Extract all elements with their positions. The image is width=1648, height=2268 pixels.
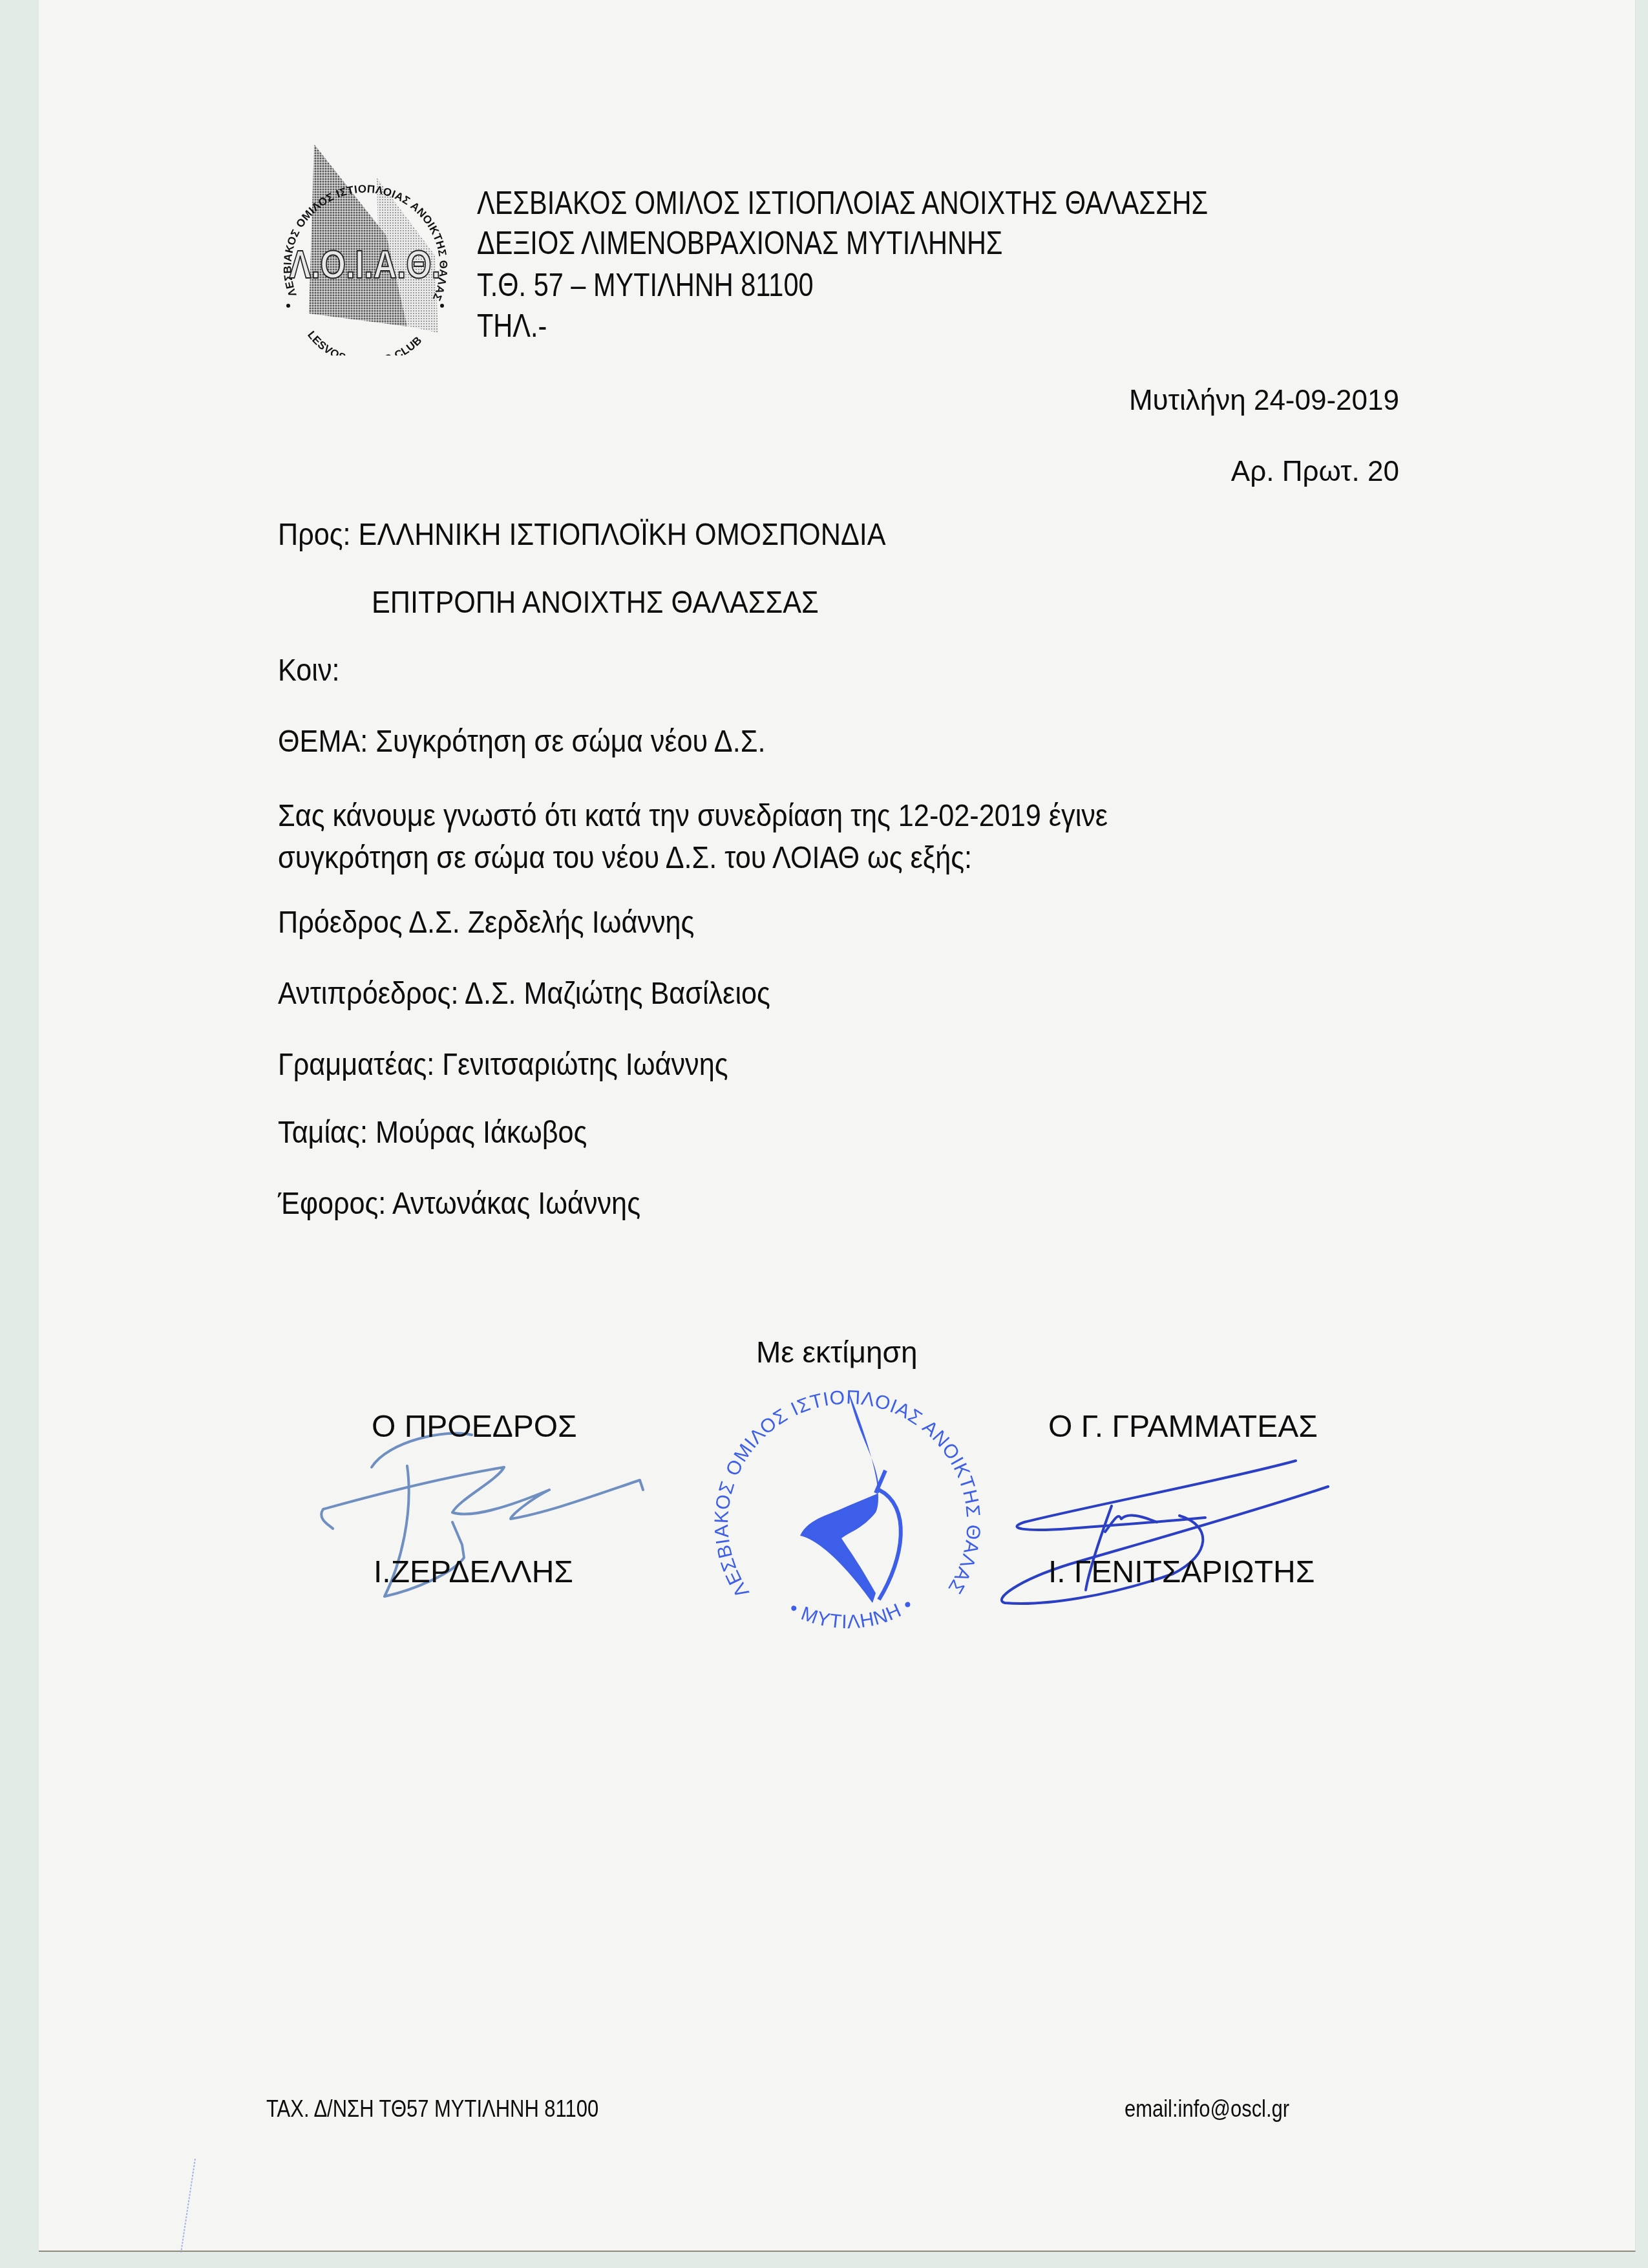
sail-stamp-icon: ΛΕΣΒΙΑΚΟΣ ΟΜΙΛΟΣ ΙΣΤΙΟΠΛΟΙΑΣ ΑΝΟΙΚΤΗΣ ΘΑ… xyxy=(698,1344,995,1642)
club-logo-icon: ΛΕΣΒΙΑΚΟΣ ΟΜΙΛΟΣ ΙΣΤΙΟΠΛΟΙΑΣ ΑΝΟΙΚΤΗΣ ΘΑ… xyxy=(270,139,458,355)
subject-line: ΘΕΜΑ: Συγκρότηση σε σώμα νέου Δ.Σ. xyxy=(278,724,765,759)
org-phone: ΤΗΛ.- xyxy=(477,307,547,344)
org-name: ΛΕΣΒΙΑΚΟΣ ΟΜΙΛΟΣ ΙΣΤΙΟΠΛΟΙΑΣ ΑΝΟΙΧΤΗΣ ΘΑ… xyxy=(477,184,1208,222)
body-paragraph-line: συγκρότηση σε σώμα του νέου Δ.Σ. του ΛΟΙ… xyxy=(278,840,972,876)
secretary-title: Ο Γ. ΓΡΑΜΜΑΤΕΑΣ xyxy=(1048,1409,1318,1445)
svg-text:Λ.Ο.Ι.Α.Θ.: Λ.Ο.Ι.Α.Θ. xyxy=(290,242,441,287)
board-member-vice-president: Αντιπρόεδρος: Δ.Σ. Μαζιώτης Βασίλειος xyxy=(278,976,770,1012)
footer-email[interactable]: email:info@oscl.gr xyxy=(1125,2095,1289,2123)
board-member-steward: Έφορος: Αντωνάκας Ιωάννης xyxy=(278,1186,640,1222)
board-member-treasurer: Ταμίας: Μούρας Ιάκωβος xyxy=(278,1115,587,1150)
secretary-name: Ι. ΓΕΝΙΤΣΑΡΙΩΤΗΣ xyxy=(1048,1554,1315,1590)
svg-text:• ΜΥΤΙΛΗΝΗ •: • ΜΥΤΙΛΗΝΗ • xyxy=(786,1594,917,1633)
place-date: Μυτιλήνη 24-09-2019 xyxy=(1129,385,1399,417)
recipient-cc: Κοιν: xyxy=(278,653,340,688)
board-member-president: Πρόεδρος Δ.Σ. Ζερδελής Ιωάννης xyxy=(278,905,694,940)
footer-address: ΤΑΧ. Δ/ΝΣΗ ΤΘ57 ΜΥΤΙΛΗΝΗ 81100 xyxy=(266,2095,598,2123)
pen-mark-decoration xyxy=(174,2159,200,2252)
svg-text:LESVOS SAILING CLUB: LESVOS SAILING CLUB xyxy=(305,329,425,355)
org-location: ΔΕΞΙΟΣ ΛΙΜΕΝΟΒΡΑΧΙΟΝΑΣ ΜΥΤΙΛΗΝΗΣ xyxy=(477,224,1003,262)
body-paragraph-line: Σας κάνουμε γνωστό ότι κατά την συνεδρία… xyxy=(278,798,1108,834)
org-po-box: Τ.Θ. 57 – ΜΥΤΙΛΗΝΗ 81100 xyxy=(477,266,814,304)
president-name: Ι.ΖΕΡΔΕΛΛΗΣ xyxy=(374,1554,573,1590)
recipient-committee: ΕΠΙΤΡΟΠΗ ΑΝΟΙΧΤΗΣ ΘΑΛΑΣΣΑΣ xyxy=(372,585,819,620)
recipient-to: Προς: ΕΛΛΗΝΙΚΗ ΙΣΤΙΟΠΛΟΪΚΗ ΟΜΟΣΠΟΝΔΙΑ xyxy=(278,517,886,553)
closing-salutation: Με εκτίμηση xyxy=(756,1335,918,1370)
president-title: Ο ΠΡΟΕΔΡΟΣ xyxy=(372,1409,577,1445)
protocol-number: Αρ. Πρωτ. 20 xyxy=(1231,456,1399,488)
board-member-secretary: Γραμματέας: Γενιτσαριώτης Ιωάννης xyxy=(278,1047,728,1083)
